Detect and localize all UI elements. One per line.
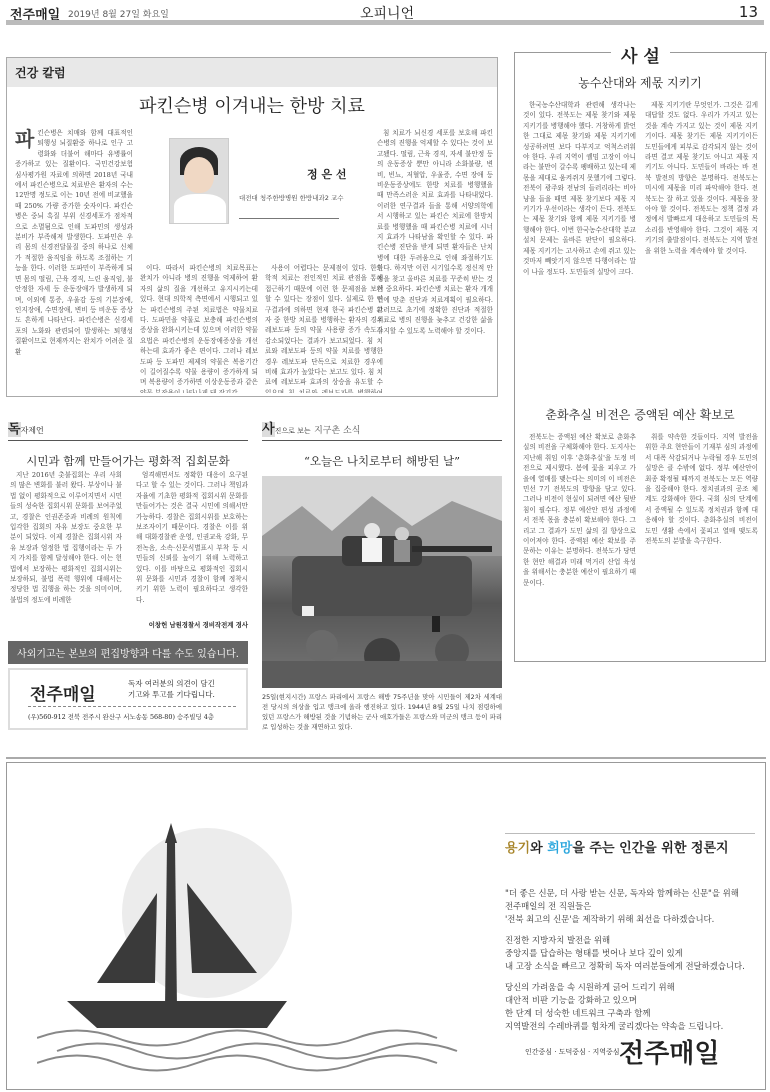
submission-ad-line2: 기고와 투고를 기다립니다. [128,689,215,700]
submission-ad-address: (우)560-912 전북 전주시 완산구 서노송동 568-80) 승주빌딩 … [28,712,214,721]
health-column-title: 파킨슨병 이겨내는 한방 치료 [7,92,497,118]
editorial-box: 사 설 농수산대와 제몫 지키기 한국농수산대학과 관련해 생각나는 것이 있다… [514,52,766,662]
health-column-col4: 침 치료가 뇌신경 세포를 보호해 파킨슨병의 진행을 억제할 수 있다는 것이… [377,128,493,393]
editorial-2-col1: 전북도는 증액된 예산 확보로 춘화추실의 비전을 구체화해야 한다. 도지사는… [523,432,636,654]
house-ad-tagline: 인간중심 · 도덕중심 · 지역중심 [525,1047,620,1057]
header-rule [6,20,764,25]
reader-column-kicker: 독자제언 [8,418,248,441]
author-name: 정 은 선 [307,166,347,182]
reader-column-byline: 이창헌 남원경찰서 경비작전계 경사 [149,620,248,629]
pen-ship-illustration [37,823,467,1073]
submission-ad-line1: 독자 여러분의 의견이 담긴 [128,678,215,689]
drop-cap: 파 [15,129,34,149]
house-ad-slogan: 용기와 희망을 주는 인간을 위한 정론지 [505,837,729,856]
submission-ad-brand: 전주매일 [30,680,96,705]
page-number: 13 [739,3,758,21]
editorial-title-1: 농수산대와 제몫 지키기 [515,74,765,91]
issue-date: 2019년 8월 27일 화요일 [68,7,169,20]
photo-news-kicker: 사진으로 보는 지구촌 소식 [262,418,502,441]
submission-ad: 전주매일 독자 여러분의 의견이 담긴 기고와 투고를 기다립니다. (우)56… [8,668,248,730]
author-photo [169,138,229,224]
health-column-kicker: 건강 칼럼 [7,58,497,87]
editorial-2-col2: 취를 약속한 것들이다. 지역 발전을 위한 주요 현안들이 기재부 심의 과정… [645,432,758,654]
photo-news: 사진으로 보는 지구촌 소식 “오늘은 나치로부터 해방된 날” 25일(현지시… [262,418,502,748]
editorial-1-col2: 제몫 지키기란 무엇인가. 그것은 길게 대답할 것도 없다. 우리가 가지고 … [645,100,758,390]
health-column-col3: 사용이 어렵다는 문제점이 있다. 한의학적 치료는 전인적인 치료 관점을 통… [265,263,383,393]
editorial-1-col1: 한국농수산대학과 관련해 생각나는 것이 있다. 전북도는 제몫 찾기와 제몫 … [523,100,636,390]
photo-news-title: “오늘은 나치로부터 해방된 날” [262,453,502,469]
health-column: 건강 칼럼 파킨슨병 이겨내는 한방 치료 파킨슨병은 치매와 함께 대표적인 … [6,57,498,397]
editorial-title-2: 춘화추실 비전은 증액된 예산 확보로 [515,406,765,423]
reader-column: 독자제언 시민과 함께 만들어가는 평화적 집회문화 지난 2016년 촛불집회… [8,418,248,668]
house-ad-copy: "더 좋은 신문, 더 사랑 받는 신문, 독자와 함께하는 신문"을 위해 전… [505,887,765,1033]
photo-news-image [262,476,502,688]
tank-crowd-illustration [262,476,502,688]
photo-news-caption: 25일(현지시간) 프랑스 파리에서 프랑스 해방 75주년을 맞아 시민들이 … [262,692,502,732]
opinion-disclaimer: 사외기고는 본보의 편집방향과 다를 수도 있습니다. [8,641,248,664]
house-ad-brand: 전주매일 [619,1033,719,1070]
house-ad: 용기와 희망을 주는 인간을 위한 정론지 "더 좋은 신문, 더 사랑 받는 … [6,762,766,1090]
author-divider [239,218,339,219]
reader-column-col2: 엄격해면서도 정확한 대응이 요구된다고 할 수 있는 것이다. 그러나 책임과… [136,470,248,618]
health-column-col2: 이다. 따라서 파킨슨병의 치료목표는 완치가 아니라 병의 진행을 억제하여 … [140,263,258,393]
reader-column-col1: 지난 2016년 촛불집회는 우리 사회의 많은 변화를 불러 왔다. 부상이나… [10,470,122,630]
reader-column-title: 시민과 함께 만들어가는 평화적 집회문화 [8,453,248,469]
author-affiliation: 대전대 청주한방병원 한방내과2 교수 [239,193,344,202]
editorial-label: 사 설 [611,42,670,67]
health-column-col1: 파킨슨병은 치매와 함께 대표적인 퇴행성 뇌질환중 하나로 인구 고령화와 더… [15,128,133,393]
